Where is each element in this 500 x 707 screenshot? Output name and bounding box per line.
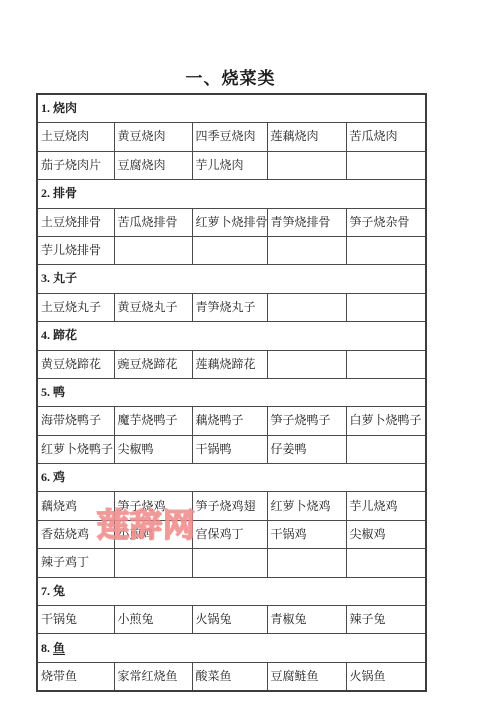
dish-cell: 笋子烧杂骨 — [346, 208, 426, 236]
section-number: 1. — [41, 101, 50, 115]
empty-cell — [267, 350, 346, 378]
dish-cell: 芋儿烧排骨 — [37, 236, 114, 264]
dish-cell: 黄豆烧丸子 — [114, 293, 192, 321]
dish-cell: 红萝卜烧排骨 — [192, 208, 267, 236]
dish-cell: 豆腐鲢鱼 — [267, 662, 346, 691]
section-number: 4. — [41, 328, 50, 342]
table-row: 干锅兔小煎兔火锅兔青椒兔辣子兔 — [37, 606, 426, 634]
document-page: 一、烧菜类 1.烧肉土豆烧肉黄豆烧肉四季豆烧肉莲藕烧肉苦瓜烧肉茄子烧肉片豆腐烧肉… — [0, 0, 500, 707]
section-header: 2.排骨 — [37, 180, 426, 208]
dish-cell: 红萝卜烧鸡 — [267, 492, 346, 520]
section-header: 1.烧肉 — [37, 94, 426, 123]
section-name: 兔 — [53, 584, 65, 598]
empty-cell — [267, 549, 346, 577]
section-header-row: 1.烧肉 — [37, 94, 426, 123]
dish-cell: 莲藕烧蹄花 — [192, 350, 267, 378]
table-row: 红萝卜烧鸭子尖椒鸭干锅鸭仔姜鸭 — [37, 435, 426, 463]
section-name: 烧肉 — [53, 101, 77, 115]
table-row: 芋儿烧排骨 — [37, 236, 426, 264]
table-row: 茄子烧肉片豆腐烧肉芋儿烧肉 — [37, 151, 426, 179]
table-row: 土豆烧肉黄豆烧肉四季豆烧肉莲藕烧肉苦瓜烧肉 — [37, 123, 426, 151]
section-name: 鱼 — [53, 641, 65, 655]
dish-table: 1.烧肉土豆烧肉黄豆烧肉四季豆烧肉莲藕烧肉苦瓜烧肉茄子烧肉片豆腐烧肉芋儿烧肉2.… — [36, 93, 427, 692]
empty-cell — [346, 350, 426, 378]
section-number: 3. — [41, 271, 50, 285]
table-row: 海带烧鸭子魔芋烧鸭子藕烧鸭子笋子烧鸭子白萝卜烧鸭子 — [37, 407, 426, 435]
empty-cell — [192, 549, 267, 577]
section-header-row: 8.鱼 — [37, 634, 426, 662]
section-header: 4.蹄花 — [37, 322, 426, 350]
section-header: 5.鸭 — [37, 378, 426, 406]
section-name: 丸子 — [53, 271, 77, 285]
section-header-row: 4.蹄花 — [37, 322, 426, 350]
dish-cell: 芋儿烧鸡 — [346, 492, 426, 520]
dish-cell: 干锅兔 — [37, 606, 114, 634]
dish-cell: 苦瓜烧排骨 — [114, 208, 192, 236]
dish-cell: 小煎兔 — [114, 606, 192, 634]
dish-cell: 青笋烧丸子 — [192, 293, 267, 321]
section-number: 6. — [41, 470, 50, 484]
dish-cell: 香菇烧鸡 — [37, 520, 114, 548]
dish-cell: 海带烧鸭子 — [37, 407, 114, 435]
dish-cell: 酸菜鱼 — [192, 662, 267, 691]
dish-cell: 四季豆烧肉 — [192, 123, 267, 151]
page-title: 一、烧菜类 — [36, 64, 425, 89]
dish-cell: 宫保鸡丁 — [192, 520, 267, 548]
section-name: 鸭 — [53, 385, 65, 399]
section-header: 8.鱼 — [37, 634, 426, 662]
empty-cell — [192, 236, 267, 264]
dish-cell: 尖椒鸭 — [114, 435, 192, 463]
dish-cell: 青椒兔 — [267, 606, 346, 634]
section-header-row: 5.鸭 — [37, 378, 426, 406]
table-row: 黄豆烧蹄花豌豆烧蹄花莲藕烧蹄花 — [37, 350, 426, 378]
empty-cell — [346, 151, 426, 179]
dish-cell: 尖椒鸡 — [346, 520, 426, 548]
dish-cell: 土豆烧丸子 — [37, 293, 114, 321]
table-row: 烧带鱼家常红烧鱼酸菜鱼豆腐鲢鱼火锅鱼 — [37, 662, 426, 691]
empty-cell — [267, 236, 346, 264]
dish-cell: 豆腐烧肉 — [114, 151, 192, 179]
section-name: 蹄花 — [53, 328, 77, 342]
section-name: 鸡 — [53, 470, 65, 484]
dish-cell: 笋子烧鸭子 — [267, 407, 346, 435]
dish-cell: 黄豆烧肉 — [114, 123, 192, 151]
dish-cell: 苦瓜烧肉 — [346, 123, 426, 151]
empty-cell — [346, 236, 426, 264]
section-name: 排骨 — [53, 186, 77, 200]
empty-cell — [267, 293, 346, 321]
dish-cell: 莲藕烧肉 — [267, 123, 346, 151]
dish-cell: 笋子烧鸡翅 — [192, 492, 267, 520]
dish-cell: 火锅鱼 — [346, 662, 426, 691]
section-header-row: 6.鸡 — [37, 464, 426, 492]
dish-cell: 小煎鸡 — [114, 520, 192, 548]
section-header: 3.丸子 — [37, 265, 426, 293]
table-row: 藕烧鸡笋子烧鸡笋子烧鸡翅红萝卜烧鸡芋儿烧鸡 — [37, 492, 426, 520]
dish-cell: 辣子兔 — [346, 606, 426, 634]
table-row: 香菇烧鸡小煎鸡宫保鸡丁干锅鸡尖椒鸡 — [37, 520, 426, 548]
table-row: 辣子鸡丁 — [37, 549, 426, 577]
dish-cell: 仔姜鸭 — [267, 435, 346, 463]
section-number: 8. — [41, 641, 50, 655]
dish-cell: 笋子烧鸡 — [114, 492, 192, 520]
empty-cell — [346, 549, 426, 577]
dish-cell: 黄豆烧蹄花 — [37, 350, 114, 378]
empty-cell — [114, 549, 192, 577]
section-header-row: 2.排骨 — [37, 180, 426, 208]
dish-cell: 藕烧鸡 — [37, 492, 114, 520]
dish-cell: 火锅兔 — [192, 606, 267, 634]
dish-cell: 辣子鸡丁 — [37, 549, 114, 577]
dish-cell: 家常红烧鱼 — [114, 662, 192, 691]
table-row: 土豆烧丸子黄豆烧丸子青笋烧丸子 — [37, 293, 426, 321]
table-row: 土豆烧排骨苦瓜烧排骨红萝卜烧排骨青笋烧排骨笋子烧杂骨 — [37, 208, 426, 236]
empty-cell — [346, 293, 426, 321]
section-number: 7. — [41, 584, 50, 598]
dish-cell: 干锅鸭 — [192, 435, 267, 463]
dish-cell: 茄子烧肉片 — [37, 151, 114, 179]
dish-cell: 干锅鸡 — [267, 520, 346, 548]
dish-cell: 白萝卜烧鸭子 — [346, 407, 426, 435]
dish-cell: 红萝卜烧鸭子 — [37, 435, 114, 463]
dish-cell: 藕烧鸭子 — [192, 407, 267, 435]
section-header-row: 7.兔 — [37, 577, 426, 605]
dish-cell: 魔芋烧鸭子 — [114, 407, 192, 435]
empty-cell — [346, 435, 426, 463]
dish-cell: 土豆烧肉 — [37, 123, 114, 151]
empty-cell — [114, 236, 192, 264]
section-number: 5. — [41, 385, 50, 399]
dish-cell: 豌豆烧蹄花 — [114, 350, 192, 378]
dish-cell: 土豆烧排骨 — [37, 208, 114, 236]
dish-cell: 烧带鱼 — [37, 662, 114, 691]
dish-cell: 青笋烧排骨 — [267, 208, 346, 236]
section-header-row: 3.丸子 — [37, 265, 426, 293]
empty-cell — [267, 151, 346, 179]
section-header: 7.兔 — [37, 577, 426, 605]
dish-cell: 芋儿烧肉 — [192, 151, 267, 179]
section-header: 6.鸡 — [37, 464, 426, 492]
section-number: 2. — [41, 186, 50, 200]
